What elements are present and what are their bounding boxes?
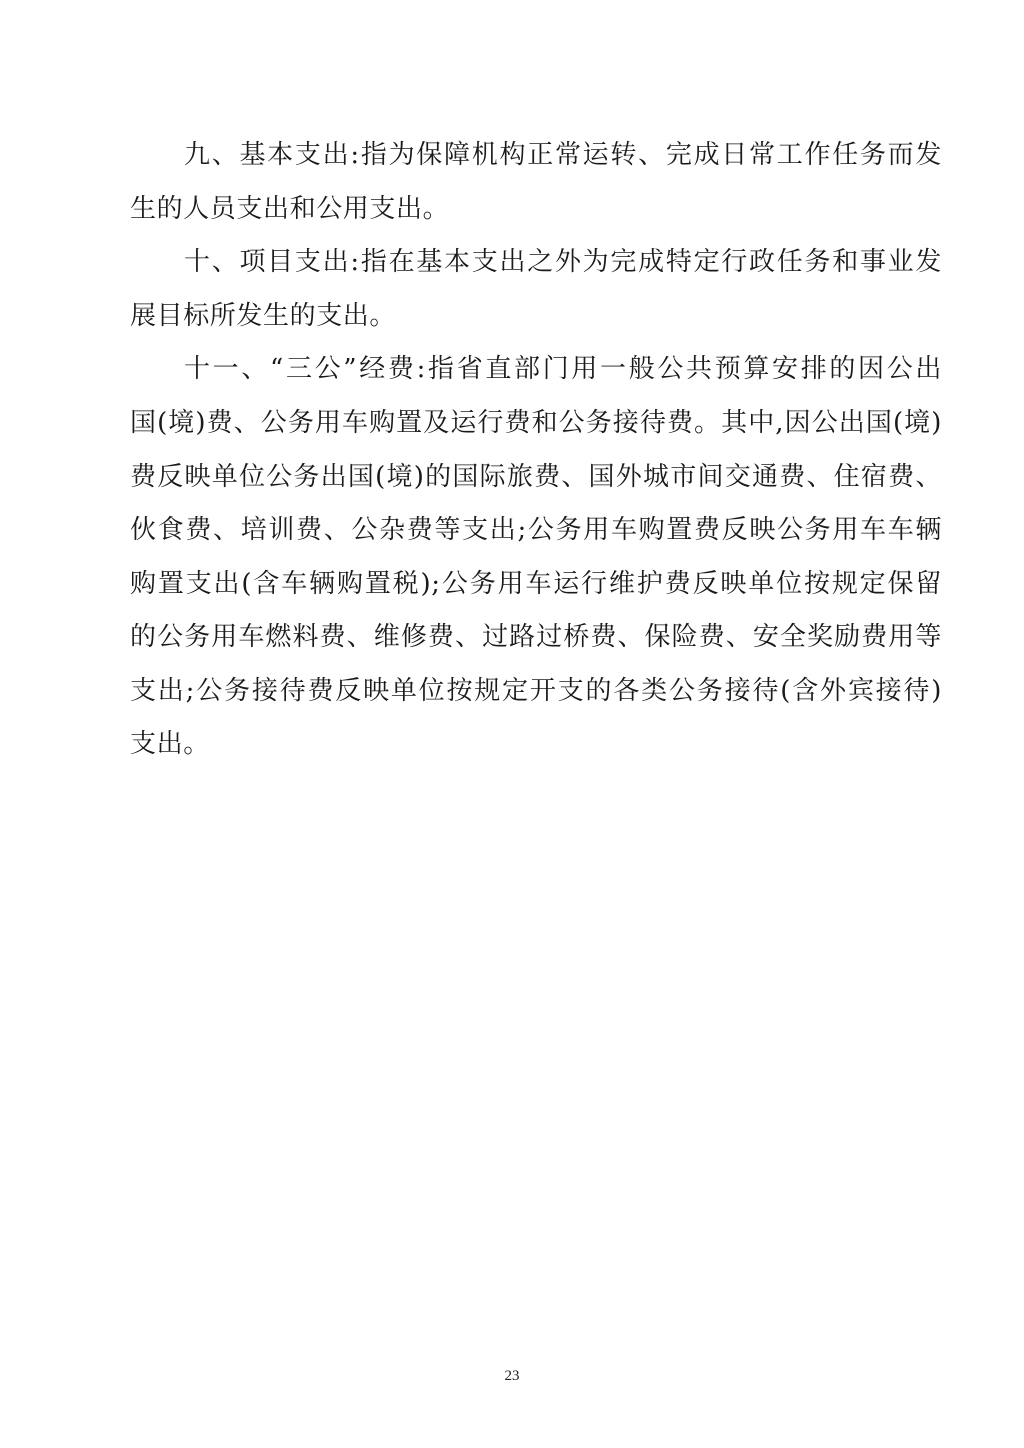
paragraph-line: 十一、“三公”经费:指省直部门用一般公共预算安排的因公出: [184, 353, 942, 385]
page-number: 23: [0, 1368, 1024, 1385]
document-page: 九、基本支出:指为保障机构正常运转、完成日常工作任务而发 生的人员支出和公用支出…: [0, 0, 1024, 1448]
paragraph-line: 国(境)费、公务用车购置及运行费和公务接待费。其中,因公出国(境): [130, 407, 942, 439]
paragraph-line: 支出;公务接待费反映单位按规定开支的各类公务接待(含外宾接待): [130, 675, 942, 707]
paragraph-line: 费反映单位公务出国(境)的国际旅费、国外城市间交通费、住宿费、: [130, 461, 942, 493]
paragraph-line: 生的人员支出和公用支出。: [130, 193, 942, 225]
paragraph-line: 支出。: [130, 728, 942, 760]
paragraph-line: 伙食费、培训费、公杂费等支出;公务用车购置费反映公务用车车辆: [130, 514, 942, 546]
paragraph-line: 的公务用车燃料费、维修费、过路过桥费、保险费、安全奖励费用等: [130, 621, 942, 653]
paragraph-line: 十、项目支出:指在基本支出之外为完成特定行政任务和事业发: [184, 246, 942, 278]
paragraph-line: 九、基本支出:指为保障机构正常运转、完成日常工作任务而发: [184, 139, 942, 171]
paragraph-line: 购置支出(含车辆购置税);公务用车运行维护费反映单位按规定保留: [130, 568, 942, 600]
paragraph-line: 展目标所发生的支出。: [130, 300, 942, 332]
